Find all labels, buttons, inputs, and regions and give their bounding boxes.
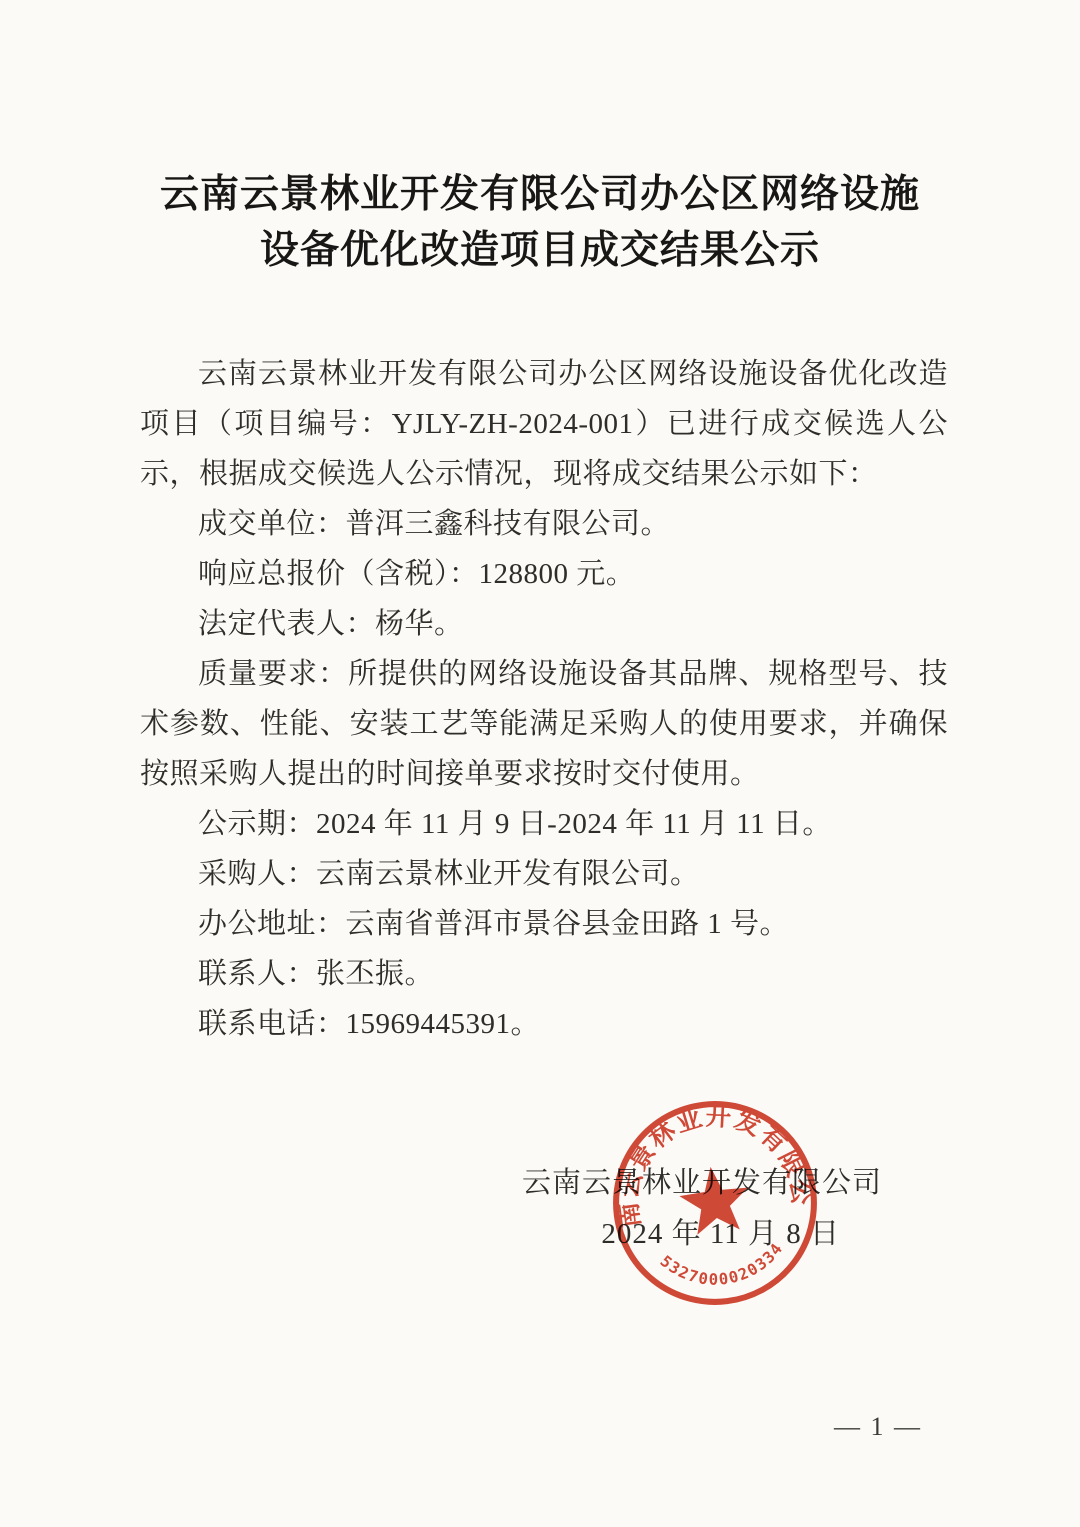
body-paragraph-winner: 成交单位：普洱三鑫科技有限公司。 [140, 499, 948, 549]
body-paragraph-intro: 云南云景林业开发有限公司办公区网络设施设备优化改造项目（项目编号：YJLY-ZH… [140, 349, 948, 499]
official-seal: 云南云景林业开发有限公司 5327000020334 [595, 1083, 836, 1324]
body-paragraph-address: 办公地址：云南省普洱市景谷县金田路 1 号。 [140, 899, 948, 949]
seal-star-icon [676, 1163, 753, 1237]
title-line-1: 云南云景林业开发有限公司办公区网络设施 [0, 167, 1080, 223]
body-paragraph-purchaser: 采购人：云南云景林业开发有限公司。 [140, 849, 948, 899]
title-line-2: 设备优化改造项目成交结果公示 [0, 223, 1080, 279]
page-number: — 1 — [834, 1412, 922, 1442]
body-paragraph-publicity-period: 公示期：2024 年 11 月 9 日-2024 年 11 月 11 日。 [140, 799, 948, 849]
body-paragraph-contact-person: 联系人：张丕振。 [140, 949, 948, 999]
document-title: 云南云景林业开发有限公司办公区网络设施 设备优化改造项目成交结果公示 [0, 167, 1080, 279]
body-paragraph-quality: 质量要求：所提供的网络设施设备其品牌、规格型号、技术参数、性能、安装工艺等能满足… [140, 649, 948, 799]
body-paragraph-contact-phone: 联系电话：15969445391。 [140, 999, 948, 1049]
document-page: 云南云景林业开发有限公司办公区网络设施 设备优化改造项目成交结果公示 云南云景林… [0, 0, 1080, 1527]
document-body: 云南云景林业开发有限公司办公区网络设施设备优化改造项目（项目编号：YJLY-ZH… [140, 349, 948, 1049]
body-paragraph-representative: 法定代表人：杨华。 [140, 599, 948, 649]
body-paragraph-price: 响应总报价（含税）：128800 元。 [140, 549, 948, 599]
